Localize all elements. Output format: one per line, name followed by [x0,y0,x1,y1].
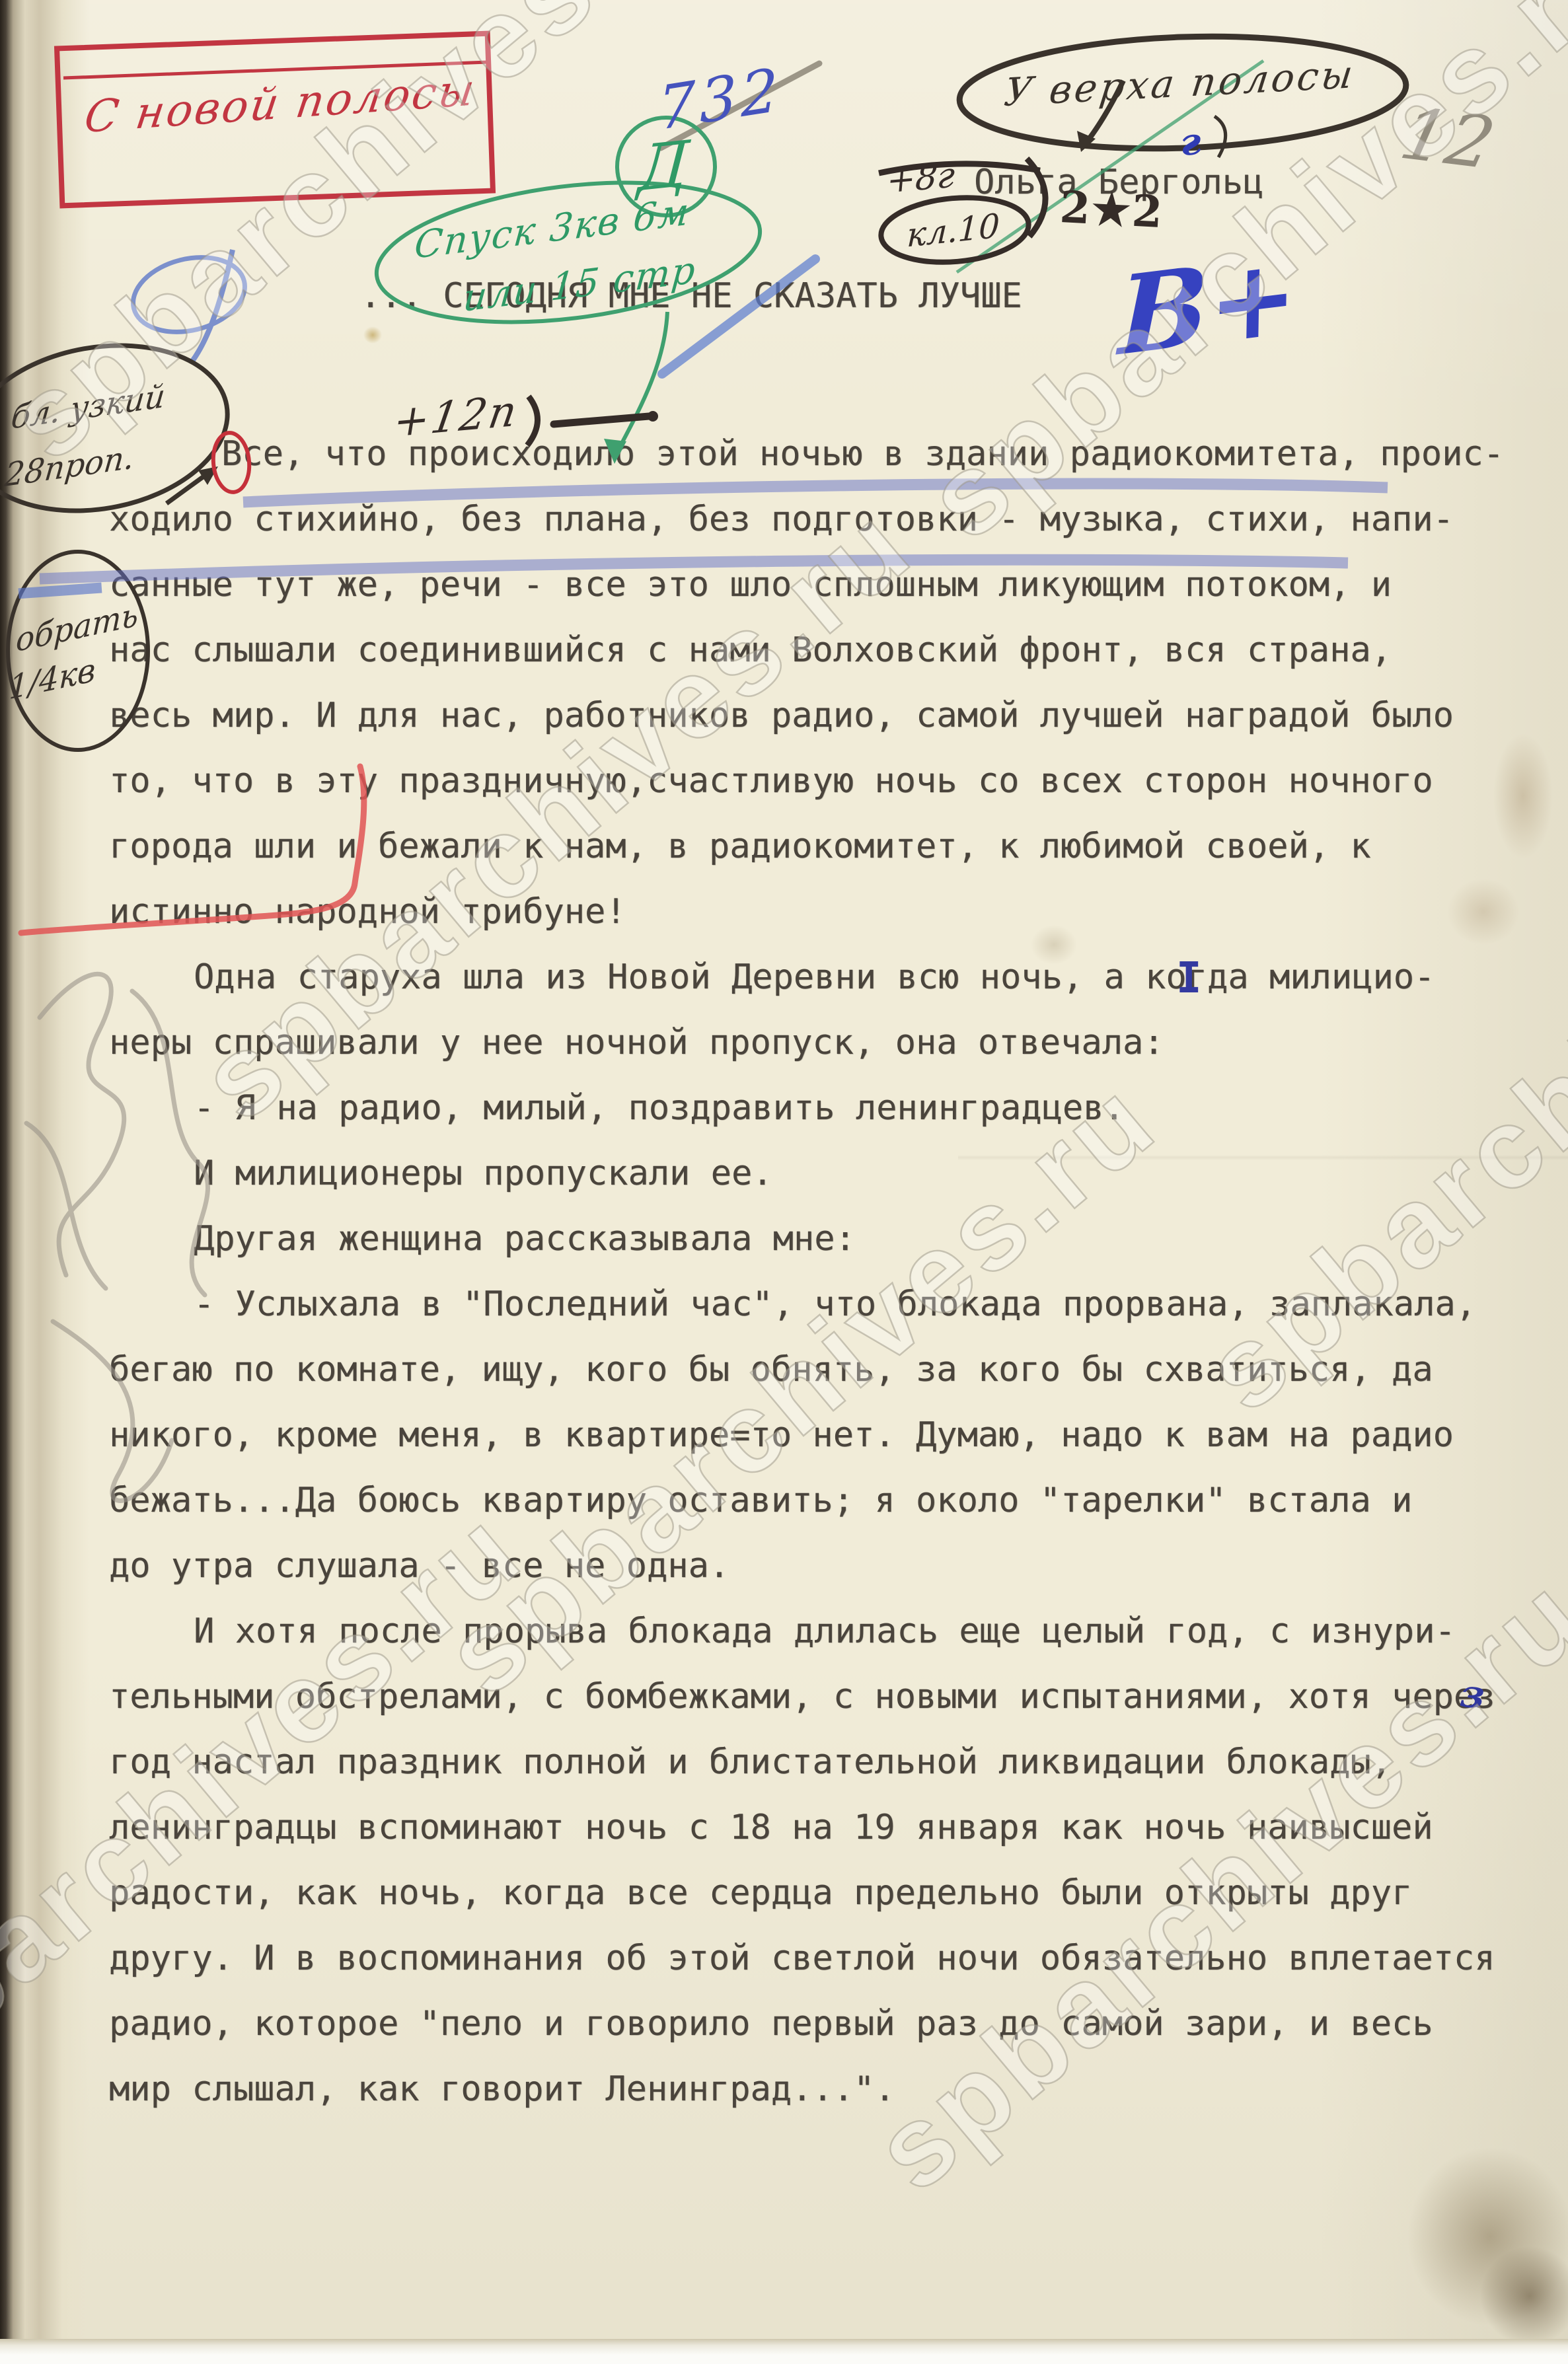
body-line: радости, как ночь, когда все сердца пред… [109,1861,1568,1926]
stain [363,326,382,344]
stain [1480,2246,1568,2346]
body-line: Все, что происходило этой ночью в здании… [109,422,1568,487]
insert-caret [1214,116,1226,157]
mark-plus8: +8г [885,155,957,202]
margin-note2-line2: 1/4кв [8,651,96,708]
oval-note: У верха полосы [1002,52,1358,115]
body-line: ленинградцы вспоминают ночь с 18 на 19 я… [109,1795,1568,1861]
body-line: тельными обстрелами, с бомбежками, с нов… [109,1664,1568,1730]
body-line: И хотя после прорыва блокада длилась еще… [109,1599,1568,1664]
stain [1407,2147,1568,2326]
blue-big-mark: В+ [1117,231,1298,380]
blue-overwrite-z: з [1458,1670,1487,1717]
body-line: И милиционеры пропускали ее. [109,1141,1568,1206]
body-line: радио, которое "пело и говорило первый р… [109,1991,1568,2057]
mark-stars: 2★2 [1059,181,1165,238]
body-line: до утра слушала - все не одна. [109,1533,1568,1599]
red-box-note: С новой полосы [81,64,480,143]
body-line: то, что в эту праздничную,счастливую ноч… [109,749,1568,814]
body-line: ходило стихийно, без плана, без подготов… [109,487,1568,552]
insert-letter-g: г [1179,120,1203,165]
body-line: города шли и бежали к нам, в радиокомите… [109,814,1568,879]
blue-insert-i: I [1176,954,1202,1003]
body-line: - Услыхала в "Последний час", что блокад… [109,1272,1568,1337]
body-line: мир слышал, как говорит Ленинград...". [109,2057,1568,2122]
body-line: нас слышали соединившийся с нами Волховс… [109,618,1568,683]
book-spine [0,0,89,2364]
body-line: - Я на радио, милый, поздравить ленингра… [109,1076,1568,1141]
body-line: санные тут же, речи - все это шло сплошн… [109,552,1568,618]
body-line: бежать...Да боюсь квартиру оставить; я о… [109,1468,1568,1533]
body-line: Другая женщина рассказывала мне: [109,1206,1568,1272]
body-line: год настал праздник полной и блистательн… [109,1730,1568,1795]
blue-pencil-strip [19,583,102,599]
body-line: Одна старуха шла из Новой Деревни всю но… [109,945,1568,1010]
body-line: неры спрашивали у нее ночной пропуск, он… [109,1010,1568,1076]
body-line: весь мир. И для нас, работников радио, с… [109,683,1568,749]
body-line: бегаю по комнате, ищу, кого бы обнять, з… [109,1337,1568,1403]
page-number: 12 [1393,93,1502,185]
body-line: истинно народной трибуне! [109,879,1568,945]
mark-kl10: кл.10 [906,206,1000,254]
body-line: никого, кроме меня, в квартире=то нет. Д… [109,1403,1568,1468]
body-text: Все, что происходило этой ночью в здании… [109,422,1568,2122]
blue-mark-oval [125,246,252,362]
typescript-page: Ольга Бергольц ... СЕГОДНЯ МНЕ НЕ СКАЗАТ… [0,0,1568,2364]
body-line: другу. И в воспоминания об этой светлой … [109,1926,1568,1991]
page-bottom-edge [0,2339,1568,2364]
